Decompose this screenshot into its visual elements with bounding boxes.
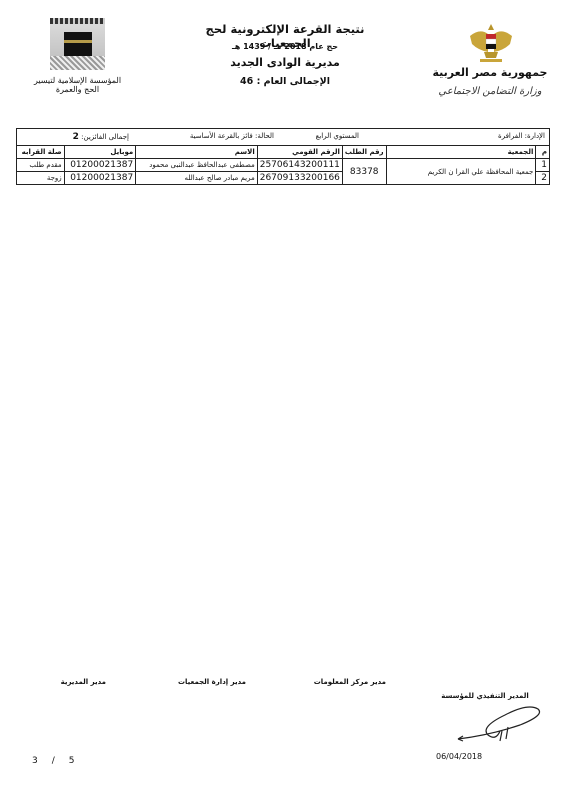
country-name: جمهورية مصر العربية (430, 66, 550, 79)
col-name: الاسم (136, 146, 258, 159)
table-header-row: م الجمعية رقم الطلب الرقم القومي الاسم م… (17, 146, 550, 159)
col-national-id: الرقم القومي (257, 146, 342, 159)
col-request-number: رقم الطلب (342, 146, 386, 159)
table-info-row: الإدارة: الفرافرة المستوي الرابع الحالة:… (17, 129, 550, 146)
foundation-name: المؤسسة الإسلامية لتيسير الحج والعمرة (30, 76, 125, 94)
egypt-eagle-icon (468, 22, 514, 64)
col-index: م (536, 146, 550, 159)
signature-associations: مدير إدارة الجمعيات (178, 678, 246, 686)
winners-table: الإدارة: الفرافرة المستوي الرابع الحالة:… (16, 128, 550, 185)
relation: مقدم طلب (17, 159, 65, 172)
kaaba-image (50, 18, 105, 70)
national-id: 26709133200166 (257, 172, 342, 185)
mobile: 01200021387 (64, 159, 136, 172)
request-number: 83378 (342, 159, 386, 185)
report-subtitle: حج عام 2018 مـ / 1439 هـ (180, 42, 390, 51)
report-date: 06/04/2018 (436, 752, 482, 761)
ministry-name: وزارة التضامن الاجتماعي (430, 86, 550, 97)
col-mobile: موبايل (64, 146, 136, 159)
page-separator: / (52, 756, 55, 766)
administration: الإدارة: الفرافرة (498, 132, 545, 140)
grand-total-label: الإجمالى العام : (257, 76, 330, 87)
winners-label: إجمالى الفائزين: (81, 133, 129, 141)
winners-value: 2 (73, 132, 79, 142)
status-value: فائز بالقرعة الأساسية (190, 132, 253, 140)
page-current: 3 (32, 756, 38, 766)
page-indicator: 3/5 (32, 756, 89, 766)
page-total: 5 (69, 756, 75, 766)
signature-directorate: مدير المديرية (61, 678, 106, 686)
col-relation: صلة القرابه (17, 146, 65, 159)
relation: زوجة (17, 172, 65, 185)
person-name: مصطفى عبدالحافظ عبدالنبى محمود (136, 159, 258, 172)
signature-it-center: مدير مركز المعلومات (314, 678, 386, 686)
administration-value: الفرافرة (498, 132, 522, 140)
grand-total-value: 46 (240, 76, 253, 87)
row-index: 2 (536, 172, 550, 185)
status-label: الحالة: (255, 132, 274, 140)
national-id: 25706143200111 (257, 159, 342, 172)
col-association: الجمعية (386, 146, 536, 159)
row-index: 1 (536, 159, 550, 172)
person-name: مريم مبادر صالح عبدالله (136, 172, 258, 185)
level: المستوي الرابع (316, 132, 359, 140)
administration-label: الإدارة: (525, 132, 545, 140)
grand-total: الإجمالى العام : 46 (180, 76, 390, 87)
executive-director-label: المدير التنفيذي للمؤسسة (430, 692, 540, 700)
status: الحالة: فائز بالقرعة الأساسية (190, 132, 274, 140)
handwritten-signature-icon (450, 705, 550, 745)
table-row: 1 جمعية المحافظة علي القرا ن الكريم 8337… (17, 159, 550, 172)
mobile: 01200021387 (64, 172, 136, 185)
winners-total: إجمالى الفائزين: 2 (73, 132, 129, 142)
association-name: جمعية المحافظة علي القرا ن الكريم (386, 159, 536, 185)
directorate-name: مديرية الوادى الجديد (180, 56, 390, 69)
